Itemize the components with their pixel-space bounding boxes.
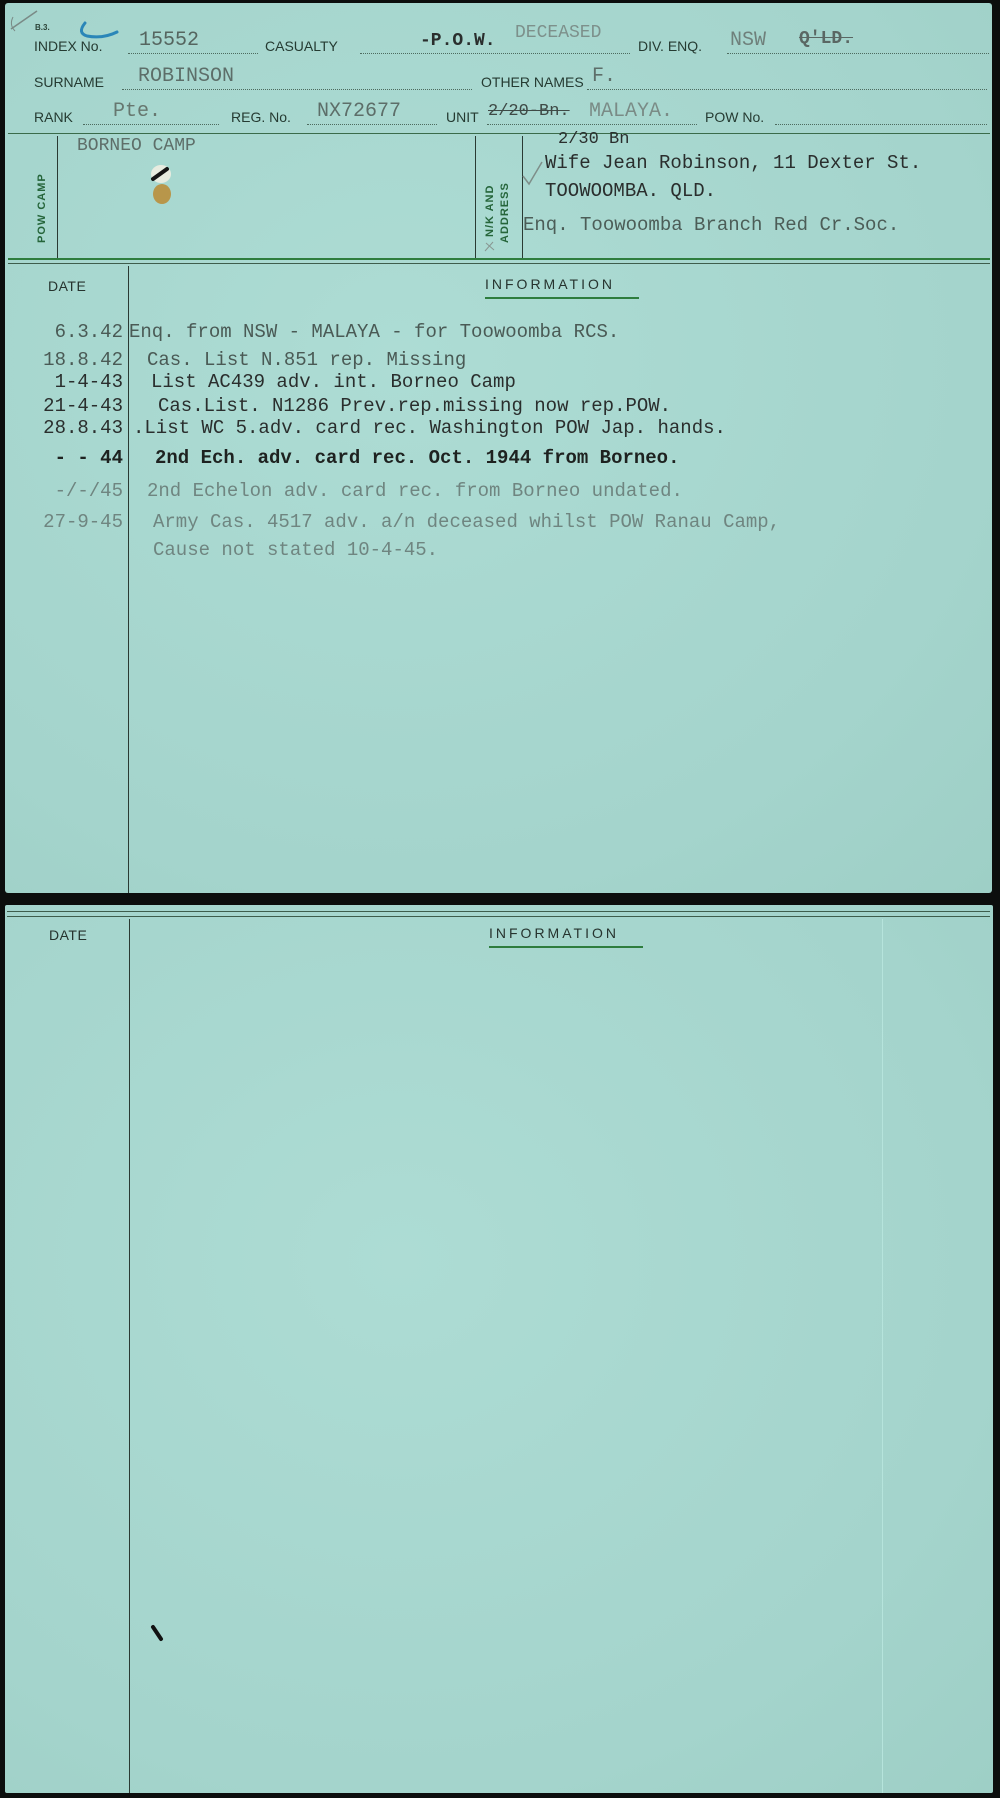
index-card-front: B.3. INDEX No. 15552 CASUALTY -P.O.W. DE… [5, 3, 992, 893]
reg-no-label: REG. No. [231, 109, 291, 125]
div-enq-struck-value: Q'LD. [799, 29, 853, 49]
row-date: -/-/45 [5, 480, 123, 502]
row-date: 18.8.42 [5, 349, 123, 371]
index-card-back: DATE INFORMATION [5, 905, 993, 1793]
date-column-header: DATE [48, 278, 86, 294]
rank-value: Pte. [113, 100, 161, 123]
row-info: 2nd Echelon adv. card rec. from Borneo u… [147, 480, 683, 502]
back-date-column-header: DATE [49, 927, 87, 943]
ink-speck-icon [148, 1623, 170, 1647]
row-date: - - 44 [5, 447, 123, 469]
other-names-label: OTHER NAMES [481, 74, 584, 90]
nok-line-2: TOOWOOMBA. QLD. [545, 180, 716, 202]
row-date: 28.8.43 [5, 417, 123, 439]
row-date: 21-4-43 [5, 395, 123, 417]
pencil-check-icon [520, 158, 544, 188]
row-date: 1-4-43 [5, 371, 123, 393]
casualty-value: -P.O.W. [420, 31, 496, 51]
nok-line-1: Wife Jean Robinson, 11 Dexter St. [545, 152, 921, 174]
row-date: 6.3.42 [5, 321, 123, 343]
row-info: List AC439 adv. int. Borneo Camp [151, 371, 516, 393]
back-information-column-header: INFORMATION [489, 925, 619, 941]
unit-value: MALAYA. [589, 100, 673, 123]
other-names-value: F. [592, 65, 616, 88]
unit-struck-value: 2/20-Bn. [488, 102, 570, 121]
reg-no-value: NX72677 [317, 100, 401, 123]
surname-value: ROBINSON [138, 65, 234, 88]
row-info: Cause not stated 10-4-45. [153, 539, 438, 561]
pow-camp-value: BORNEO CAMP [77, 136, 196, 156]
stain-mark-icon [145, 161, 185, 211]
casualty-label: CASUALTY [265, 38, 338, 54]
nok-line-3: Enq. Toowoomba Branch Red Cr.Soc. [523, 214, 899, 236]
surname-label: SURNAME [34, 74, 104, 90]
pow-no-label: POW No. [705, 109, 764, 125]
casualty-annotation: DECEASED [515, 23, 601, 43]
pencil-mark-icon [7, 7, 47, 37]
row-info: .List WC 5.adv. card rec. Washington POW… [133, 417, 726, 439]
div-enq-label: DIV. ENQ. [638, 38, 702, 54]
row-date: 27-9-45 [5, 511, 123, 533]
unit-label: UNIT [446, 109, 479, 125]
index-no-value: 15552 [139, 29, 199, 52]
pencil-cross-icon [483, 239, 497, 253]
form-code: B.3. [35, 23, 50, 32]
nok-label-line1: N/K AND [484, 185, 496, 237]
nok-unit-annotation: 2/30 Bn [558, 130, 629, 149]
row-info: 2nd Ech. adv. card rec. Oct. 1944 from B… [155, 447, 680, 469]
information-column-header: INFORMATION [485, 276, 615, 292]
rank-label: RANK [34, 109, 73, 125]
nok-label-line2: ADDRESS [499, 182, 511, 243]
row-info: Cas.List. N1286 Prev.rep.missing now rep… [158, 395, 671, 417]
pow-camp-label: POW CAMP [36, 173, 48, 243]
row-info: Cas. List N.851 rep. Missing [147, 349, 466, 371]
row-info: Army Cas. 4517 adv. a/n deceased whilst … [153, 511, 780, 533]
index-no-label: INDEX No. [34, 38, 102, 54]
row-info: Enq. from NSW - MALAYA - for Toowoomba R… [129, 321, 619, 343]
div-enq-value: NSW [730, 29, 766, 52]
